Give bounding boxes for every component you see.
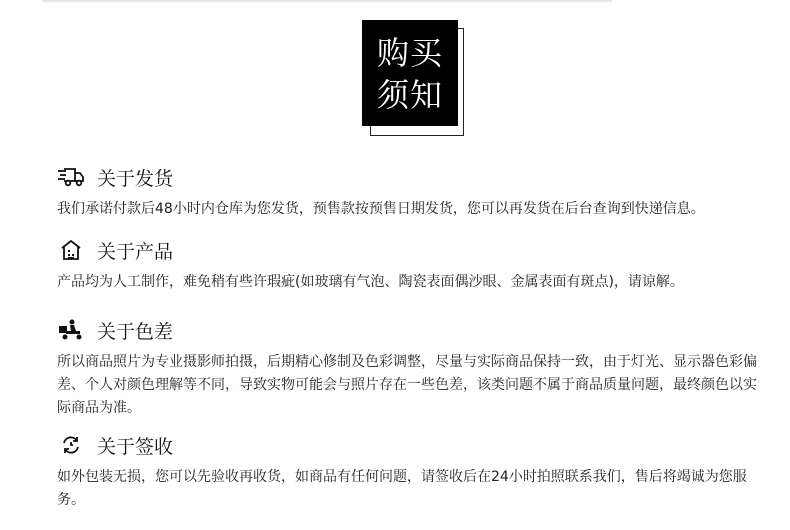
top-divider: [42, 0, 612, 2]
section-heading-text: 关于色差: [97, 317, 173, 344]
refresh-cycle-icon: [57, 434, 85, 456]
section-body: 我们承诺付款后48小时内仓库为您发货，预售款按预售日期发货，您可以再发货在后台查…: [57, 198, 769, 221]
title-line-2: 须知: [362, 74, 458, 116]
section-heading-text: 关于产品: [97, 237, 173, 264]
title-line-1: 购买: [362, 32, 458, 74]
courier-scooter-icon: [57, 319, 85, 341]
section-body: 所以商品照片为专业摄影师拍摄，后期精心修制及色彩调整，尽量与实际商品保持一致，由…: [57, 351, 769, 420]
title-badge-box: 购买 须知: [362, 20, 458, 126]
title-badge: 购买 须知: [362, 20, 462, 130]
section-heading: 关于产品: [57, 237, 777, 263]
section-heading: 关于色差: [57, 317, 777, 343]
section-body: 产品均为人工制作，难免稍有些许瑕疵(如玻璃有气泡、陶瓷表面偶沙眼、金属表面有斑点…: [57, 271, 769, 294]
section-shipping: 关于发货 我们承诺付款后48小时内仓库为您发货，预售款按预售日期发货，您可以再发…: [57, 164, 777, 221]
delivery-truck-icon: [57, 166, 85, 188]
section-product: 关于产品 产品均为人工制作，难免稍有些许瑕疵(如玻璃有气泡、陶瓷表面偶沙眼、金属…: [57, 237, 777, 294]
section-sign-for: 关于签收 如外包装无损，您可以先验收再收货，如商品有任何问题，请签收后在24小时…: [57, 432, 777, 512]
section-color-difference: 关于色差 所以商品照片为专业摄影师拍摄，后期精心修制及色彩调整，尽量与实际商品保…: [57, 317, 777, 420]
section-heading-text: 关于发货: [97, 164, 173, 191]
section-heading: 关于签收: [57, 432, 777, 458]
home-icon: [57, 239, 85, 261]
section-heading-text: 关于签收: [97, 432, 173, 459]
section-body: 如外包装无损，您可以先验收再收货，如商品有任何问题，请签收后在24小时拍照联系我…: [57, 466, 769, 512]
section-heading: 关于发货: [57, 164, 777, 190]
